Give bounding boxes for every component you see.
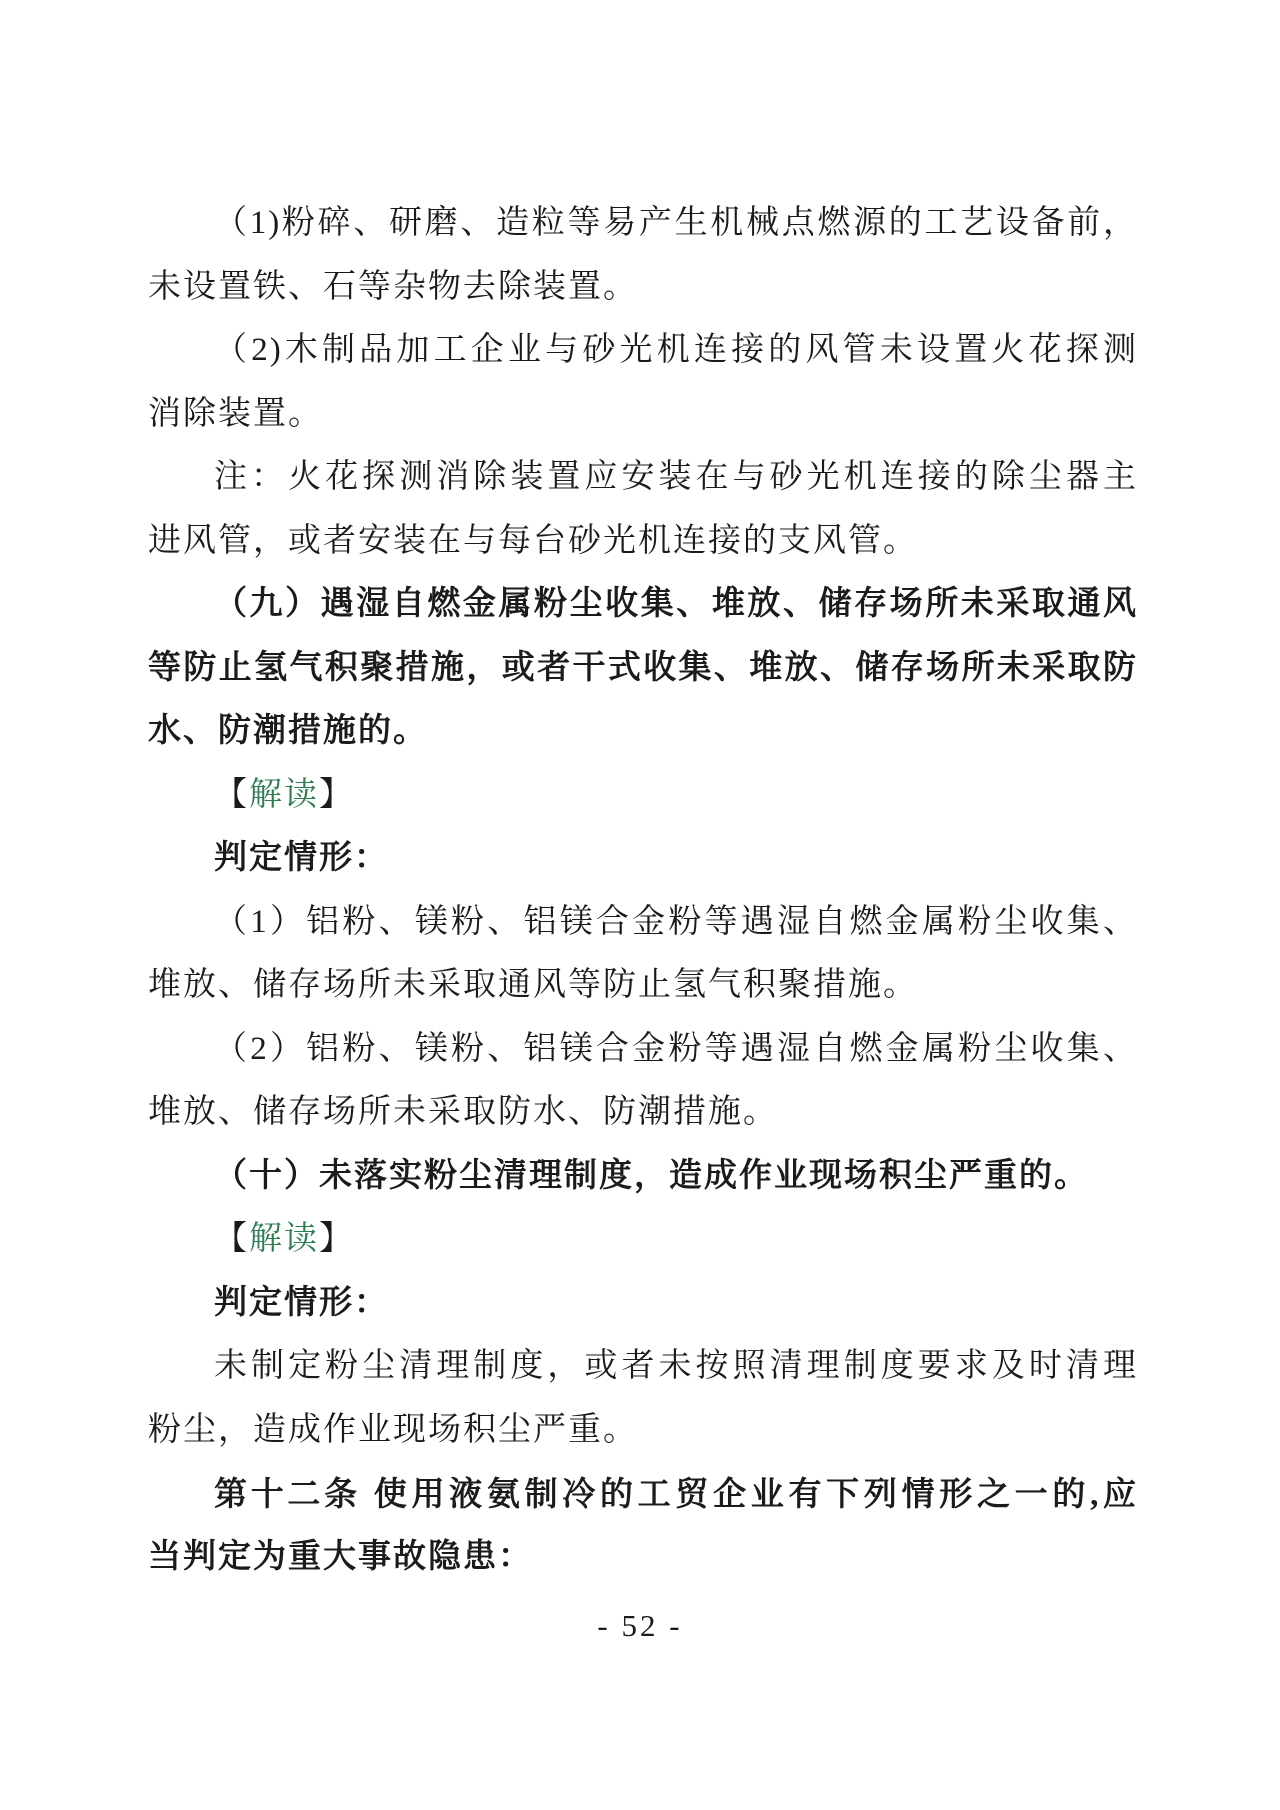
text-segment: 等防止氢气积聚措施，或者干式收集、堆放、储存场所未采取防 [148, 650, 1138, 686]
text-segment: 水、防潮措施的。 [148, 713, 428, 749]
text-segment: （2）铝粉、镁粉、铝镁合金粉等遇湿自燃金属粉尘收集、 [214, 1031, 1138, 1067]
text-line: 进风管，或者安装在与每台砂光机连接的支风管。 [148, 510, 1138, 574]
text-segment: 判定情形： [214, 840, 389, 876]
text-line: 未制定粉尘清理制度，或者未按照清理制度要求及时清理 [148, 1335, 1138, 1399]
text-segment: 解读 [249, 1221, 319, 1257]
text-line: 【解读】 [148, 764, 1138, 828]
text-segment: 第十二条 [214, 1475, 361, 1512]
text-segment: 【 [214, 1221, 249, 1257]
text-segment: 进风管，或者安装在与每台砂光机连接的支风管。 [148, 523, 918, 559]
text-line: （九）遇湿自燃金属粉尘收集、堆放、储存场所未采取通风 [148, 573, 1138, 637]
text-line: 注：火花探测消除装置应安装在与砂光机连接的除尘器主 [148, 446, 1138, 510]
text-line: 堆放、储存场所未采取防水、防潮措施。 [148, 1081, 1138, 1145]
text-segment: （1)粉碎、研磨、造粒等易产生机械点燃源的工艺设备前， [214, 205, 1138, 241]
text-line: 未设置铁、石等杂物去除装置。 [148, 256, 1138, 320]
text-segment: 粉尘，造成作业现场积尘严重。 [148, 1412, 638, 1448]
text-line: 第十二条 使用液氨制冷的工贸企业有下列情形之一的,应 [148, 1462, 1138, 1526]
text-line: 消除装置。 [148, 383, 1138, 447]
text-line: 【解读】 [148, 1208, 1138, 1272]
text-segment: 】 [319, 1221, 354, 1257]
text-segment: 判定情形： [214, 1285, 389, 1321]
text-line: 水、防潮措施的。 [148, 700, 1138, 764]
text-segment: 未制定粉尘清理制度，或者未按照清理制度要求及时清理 [214, 1348, 1138, 1384]
text-segment: （1）铝粉、镁粉、铝镁合金粉等遇湿自燃金属粉尘收集、 [214, 904, 1138, 940]
text-line: 堆放、储存场所未采取通风等防止氢气积聚措施。 [148, 954, 1138, 1018]
text-segment: 堆放、储存场所未采取通风等防止氢气积聚措施。 [148, 967, 918, 1003]
text-segment: 解读 [249, 777, 319, 813]
text-segment: （2)木制品加工企业与砂光机连接的风管未设置火花探测 [214, 332, 1138, 368]
text-segment: 消除装置。 [148, 396, 323, 432]
text-segment: 】 [319, 777, 354, 813]
text-line: （2）铝粉、镁粉、铝镁合金粉等遇湿自燃金属粉尘收集、 [148, 1018, 1138, 1082]
text-line: 判定情形： [148, 1272, 1138, 1336]
text-line: 当判定为重大事故隐患： [148, 1526, 1138, 1590]
text-segment: （九）遇湿自燃金属粉尘收集、堆放、储存场所未采取通风 [214, 586, 1138, 622]
text-line: （十）未落实粉尘清理制度，造成作业现场积尘严重的。 [148, 1145, 1138, 1209]
text-segment: 【 [214, 777, 249, 813]
text-line: （2)木制品加工企业与砂光机连接的风管未设置火花探测 [148, 319, 1138, 383]
text-line: 判定情形： [148, 827, 1138, 891]
text-segment: 使用液氨制冷的工贸企业有下列情形之一的,应 [374, 1477, 1138, 1513]
text-line: （1)粉碎、研磨、造粒等易产生机械点燃源的工艺设备前， [148, 192, 1138, 256]
text-line: 粉尘，造成作业现场积尘严重。 [148, 1399, 1138, 1463]
text-segment: （十）未落实粉尘清理制度，造成作业现场积尘严重的。 [214, 1158, 1089, 1194]
text-line: （1）铝粉、镁粉、铝镁合金粉等遇湿自燃金属粉尘收集、 [148, 891, 1138, 955]
page-number: - 52 - [0, 1608, 1280, 1644]
text-segment: 未设置铁、石等杂物去除装置。 [148, 269, 638, 305]
document-page: （1)粉碎、研磨、造粒等易产生机械点燃源的工艺设备前，未设置铁、石等杂物去除装置… [0, 0, 1280, 1810]
text-segment: 注：火花探测消除装置应安装在与砂光机连接的除尘器主 [214, 459, 1138, 495]
text-segment [361, 1477, 374, 1513]
text-segment: 堆放、储存场所未采取防水、防潮措施。 [148, 1094, 778, 1130]
text-line: 等防止氢气积聚措施，或者干式收集、堆放、储存场所未采取防 [148, 637, 1138, 701]
text-segment: 当判定为重大事故隐患： [148, 1539, 533, 1575]
document-text-body: （1)粉碎、研磨、造粒等易产生机械点燃源的工艺设备前，未设置铁、石等杂物去除装置… [148, 192, 1138, 1589]
